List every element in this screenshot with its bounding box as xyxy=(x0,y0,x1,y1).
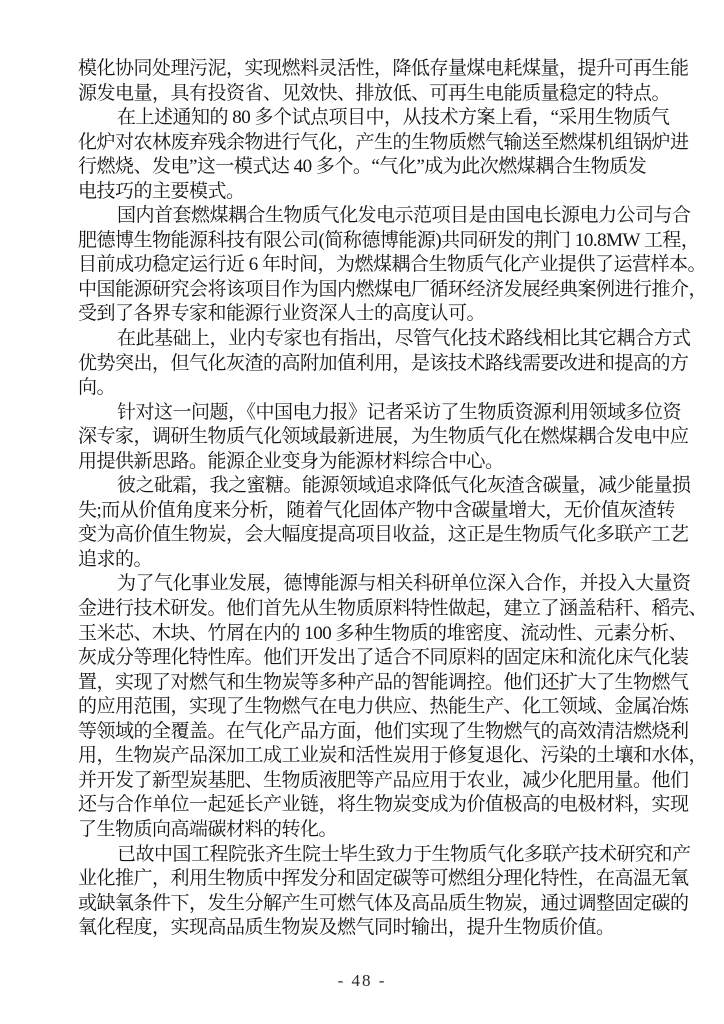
text-line: 优势突出，但气化灰渣的高附加值利用，是该技术路线需要改进和提高的方 xyxy=(78,352,656,377)
paragraph: 已故中国工程院张齐生院士毕生致力于生物质气化多联产技术研究和产 业化推广，利用生… xyxy=(78,843,656,941)
text-line: 置，实现了对燃气和生物炭等多种产品的智能调控。他们还扩大了生物燃气 xyxy=(78,671,656,696)
text-line: 或缺氧条件下，发生分解产生可燃气体及高品质生物炭，通过调整固定碳的 xyxy=(78,892,656,917)
paragraph: 在此基础上，业内专家也有指出，尽管气化技术路线相比其它耦合方式 优势突出，但气化… xyxy=(78,327,656,401)
text-line: 彼之砒霜，我之蜜糖。能源领域追求降低气化灰渣含碳量，减少能量损 xyxy=(78,474,656,499)
text-line: 模化协同处理污泥，实现燃料灵活性，降低存量煤电耗煤量，提升可再生能 xyxy=(78,57,656,82)
text-line: 行燃烧、发电”这一模式达 40 多个。“气化”成为此次燃煤耦合生物质发 xyxy=(78,155,656,180)
text-line: 在此基础上，业内专家也有指出，尽管气化技术路线相比其它耦合方式 xyxy=(78,327,656,352)
text-line: 了生物质向高端碳材料的转化。 xyxy=(78,818,656,843)
text-line: 追求的。 xyxy=(78,548,656,573)
text-line: 深专家，调研生物质气化领域最新进展，为生物质气化在燃煤耦合发电中应 xyxy=(78,425,656,450)
paragraph: 彼之砒霜，我之蜜糖。能源领域追求降低气化灰渣含碳量，减少能量损 失;而从价值角度… xyxy=(78,474,656,572)
paragraph: 在上述通知的 80 多个试点项目中，从技术方案上看，“采用生物质气 化炉对农林废… xyxy=(78,106,656,204)
text-line: 针对这一问题，《中国电力报》记者采访了生物质资源利用领域多位资 xyxy=(78,401,656,426)
document-text-block: 模化协同处理污泥，实现燃料灵活性，降低存量煤电耗煤量，提升可再生能 源发电量，具… xyxy=(78,57,656,941)
paragraph: 国内首套燃煤耦合生物质气化发电示范项目是由国电长源电力公司与合 肥德博生物能源科… xyxy=(78,204,656,327)
text-line: 金进行技术研发。他们首先从生物质原料特性做起，建立了涵盖秸秆、稻壳、 xyxy=(78,597,656,622)
paragraph: 针对这一问题，《中国电力报》记者采访了生物质资源利用领域多位资 深专家，调研生物… xyxy=(78,401,656,475)
text-line: 用，生物炭产品深加工成工业炭和活性炭用于修复退化、污染的土壤和水体， xyxy=(78,744,656,769)
text-line: 等领域的全覆盖。在气化产品方面，他们实现了生物燃气的高效清洁燃烧利 xyxy=(78,720,656,745)
text-line: 灰成分等理化特性库。他们开发出了适合不同原料的固定床和流化床气化装 xyxy=(78,646,656,671)
text-line: 源发电量，具有投资省、见效快、排放低、可再生电能质量稳定的特点。 xyxy=(78,82,656,107)
text-line: 失;而从价值角度来分析，随着气化固体产物中含碳量增大，无价值灰渣转 xyxy=(78,499,656,524)
text-line: 的应用范围，实现了生物燃气在电力供应、热能生产、化工领域、金属冶炼 xyxy=(78,695,656,720)
text-line: 还与合作单位一起延长产业链，将生物炭变成为价值极高的电极材料，实现 xyxy=(78,793,656,818)
text-line: 玉米芯、木块、竹屑在内的 100 多种生物质的堆密度、流动性、元素分析、 xyxy=(78,622,656,647)
text-line: 变为高价值生物炭，会大幅度提高项目收益，这正是生物质气化多联产工艺 xyxy=(78,523,656,548)
text-line: 受到了各界专家和能源行业资深人士的高度认可。 xyxy=(78,302,656,327)
text-line: 中国能源研究会将该项目作为国内燃煤电厂循环经济发展经典案例进行推介， xyxy=(78,278,656,303)
document-page: 模化协同处理污泥，实现燃料灵活性，降低存量煤电耗煤量，提升可再生能 源发电量，具… xyxy=(0,0,724,1024)
text-line: 为了气化事业发展，德博能源与相关科研单位深入合作，并投入大量资 xyxy=(78,572,656,597)
text-line: 国内首套燃煤耦合生物质气化发电示范项目是由国电长源电力公司与合 xyxy=(78,204,656,229)
text-line: 电技巧的主要模式。 xyxy=(78,180,656,205)
text-line: 用提供新思路。能源企业变身为能源材料综合中心。 xyxy=(78,450,656,475)
text-line: 向。 xyxy=(78,376,656,401)
text-line: 并开发了新型炭基肥、生物质液肥等产品应用于农业，减少化肥用量。他们 xyxy=(78,769,656,794)
text-line: 业化推广，利用生物质中挥发分和固定碳等可燃组分理化特性，在高温无氧 xyxy=(78,867,656,892)
paragraph: 为了气化事业发展，德博能源与相关科研单位深入合作，并投入大量资 金进行技术研发。… xyxy=(78,572,656,842)
paragraph: 模化协同处理污泥，实现燃料灵活性，降低存量煤电耗煤量，提升可再生能 源发电量，具… xyxy=(78,57,656,106)
page-number: - 48 - xyxy=(0,971,724,991)
text-line: 在上述通知的 80 多个试点项目中，从技术方案上看，“采用生物质气 xyxy=(78,106,656,131)
text-line: 已故中国工程院张齐生院士毕生致力于生物质气化多联产技术研究和产 xyxy=(78,843,656,868)
text-line: 化炉对农林废弃残余物进行气化，产生的生物质燃气输送至燃煤机组锅炉进 xyxy=(78,131,656,156)
text-line: 目前成功稳定运行近 6 年时间，为燃煤耦合生物质气化产业提供了运营样本。 xyxy=(78,253,656,278)
text-line: 肥德博生物能源科技有限公司(简称德博能源)共同研发的荆门 10.8MW 工程， xyxy=(78,229,656,254)
text-line: 氧化程度，实现高品质生物炭及燃气同时输出，提升生物质价值。 xyxy=(78,916,656,941)
